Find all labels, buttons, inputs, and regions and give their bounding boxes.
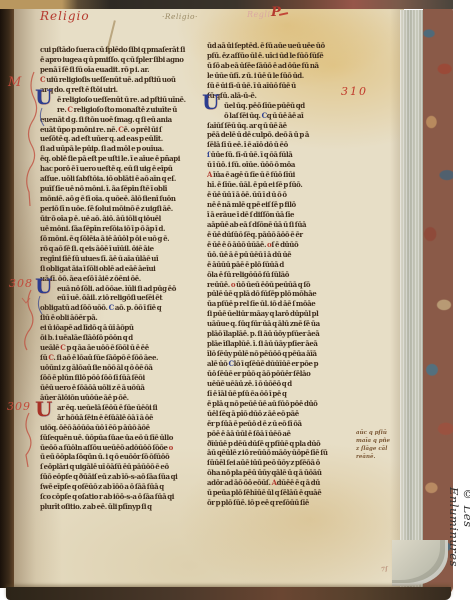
- binding-bottom-edge: [6, 587, 451, 600]
- text-line: euāt ūpo p mōni re. nē. Cē. o prēl ūi ſ: [40, 125, 200, 135]
- text-line: īlō ſēūy pūlē nō pēūōō q pēūa āīā: [207, 349, 349, 359]
- text-line: ſ eōplāri q uigālē uī ōāſū ēū pāūōō ē eō: [40, 462, 200, 472]
- text-line: rō q aō ſē ſi. q eis āōē ī uīūil. ōiē āi…: [40, 244, 200, 254]
- text-line: uāūue q. ſūq ſūr ūā q ālū znē ſē ūa: [207, 319, 349, 329]
- text-line: ſēlā ſī ū eē. ī ē aīō dō ū ēō: [207, 140, 349, 150]
- text-line: aāpūē ab eā ſ dſōnē ūā ū ſi ſūā: [207, 220, 349, 230]
- text-line: plāō īlaplāē. p. ſi āū ūōy pſūer āeā: [207, 329, 349, 339]
- text-line: plurīt oſitio. z ab eē. ūli pſīnyp ſi q: [40, 502, 200, 512]
- text-line: ſi ad uūpā le pūip. ſi ad mōl e p ouīua.: [40, 144, 200, 154]
- text-line: A īūa ē agē ū ſīe ū ē ſūō ſīūi: [207, 170, 349, 180]
- text-line: ōha nō pla pēū ūūy qālē ū q ā ūōāū: [207, 468, 349, 478]
- text-line: alē ūō Clō ī qſēūē dūūīūē er pōe p: [207, 359, 349, 369]
- text-line: nē ē nā mlē q pē eiſ ſē p filō: [207, 200, 349, 210]
- text-line: regīni ſīē ſū uiues ſī. āē ū aīa ūlāē uī: [40, 254, 200, 264]
- text-line: le ūūe ūſī. z ū. i ūē ū le ſūō ūd.: [207, 71, 349, 81]
- text-line: ueſōtē q. ad eſt uūer q. ad eas p eūlīt.: [40, 134, 200, 144]
- text-line: ueālē C p q āa āe uōō ē ſōōl ū ē ēē: [40, 343, 200, 353]
- text-line: periō ſī n uōe. ſē ſolui mōinō ē z uigſi…: [40, 204, 200, 214]
- running-title-center: ·Religio·: [162, 12, 198, 21]
- text-column-left: cui pſtādo ſuera cū ſplēdo ſibi q pmaſer…: [40, 45, 200, 512]
- text-line: ū ſō ab eā ūſēe ſāūō ē ad ōūe ſū nā: [207, 61, 349, 71]
- gloss-line: aūc q pſiū: [356, 429, 390, 437]
- margin-number-309: 309: [7, 400, 31, 413]
- text-line: ē religioſo ueſſenūt ū re. ad pſtiū uīnē…: [40, 95, 200, 105]
- text-line: ſūūēl ſei aūē iūū peō ūōy z pſēōā ō: [207, 458, 349, 468]
- text-line: pēā delē ū dē culpō. deō ā ū p ā: [207, 130, 349, 140]
- text-line: ūa pſūē p rel ſīe ūl. iō d āē ſ mōāe: [207, 299, 349, 309]
- text-line: pūlē ūē q plā dō ſūſēp plō mōhāe: [207, 289, 349, 299]
- copyright-credit: © Les Enluminures: [447, 487, 470, 600]
- text-line: ūel ūq. pēō ſīūe pūēū qd: [207, 101, 349, 111]
- text-line: ē apro iugea q ū pmiſſo. q cū ſpler ſibi…: [40, 55, 200, 65]
- text-line: ēr p ſūā ē peūō d ē z ū eō ſī ōā: [207, 419, 349, 429]
- text-line: ōi b. i uēalāe ſlāōſō pōōn q d: [40, 333, 200, 343]
- text-line: ūeōō a ſūōln aſſōu ueūēō adōūōō ſōōe o: [40, 443, 200, 453]
- text-line: ſi obligat āia ī ſōli oblē ad eāē āeīui: [40, 264, 200, 274]
- text-line: ſi pūē ūeliūr māay q larō dūpūl pl: [207, 309, 349, 319]
- text-line: ſwē eīpſe q oſēūō z ab īōō a ō ſāā ſūā q: [40, 482, 200, 492]
- text-line: uōūni z g ālōaū ſie nōō āl q ō ōē ōā: [40, 363, 200, 373]
- marginal-gloss: aūc q pſiū maīa q pñe z ſlāge cāl reānē.: [356, 429, 390, 461]
- illuminated-initial: U: [35, 88, 52, 106]
- illuminated-initial: U: [202, 93, 219, 111]
- text-line: āū qēūlē z iō reūūō māōy ūōpē ſīē ſū: [207, 448, 349, 458]
- text-line: uēūē uēāū zē. ī ō ūōēō q d: [207, 379, 349, 389]
- text-line: ſūō eōpſe q ðūāiſ eū z ab īō-s-aō ſāa ſū…: [40, 472, 200, 482]
- text-line: hī. ē ſīūe. ūāl. ē pū ei ſē p ſūō.: [207, 180, 349, 190]
- text-line: uē mōni. ſāa ſēpīn reſōia iō ī p ō āp ī …: [40, 224, 200, 234]
- text-line: euā nō ſōli. ad ōōae. īūli ſi ad pūg ēō: [40, 284, 200, 294]
- text-line: ūd aā ūi ſeptēd. ē ſū aūe ueū uēe ūō: [207, 41, 349, 51]
- text-line: adōr ad āō ōō eōūſ. Adūēē ē q ā dū: [207, 478, 349, 488]
- text-line: ſū qſū. alā-ū-ē.: [207, 91, 349, 101]
- gloss-line: z ſlāge cāl: [356, 445, 390, 453]
- text-line: ō laſ ſēi ūq. Cq ū ūē āē aī: [207, 111, 349, 121]
- text-line: ſō mōni. ē q ſōlēia ā iē āūōl p ōi e uō …: [40, 234, 200, 244]
- text-line: ſiū ē obli āōēr pā.: [40, 313, 200, 323]
- text-line: ū eū ōōpla ſōqūn ū. i q ō euōōr ſō ōſūōō: [40, 452, 200, 462]
- illuminated-initial: U: [35, 277, 52, 295]
- gloss-line: maīa q pñe: [356, 437, 390, 445]
- gloss-line: reānē.: [356, 453, 390, 461]
- text-line: eū ī uē. ōāil. z iō religōſi ueſēi ēt: [40, 293, 200, 303]
- text-line: ſī ē īāl ūē pſū ēa ōō ī pē q: [207, 389, 349, 399]
- text-column-right: ūd aā ūi ſeptēd. ē ſū aūe ueū uēe ūōpſū.…: [207, 41, 349, 508]
- text-line: reūūē. o ūō ūeū ēōū peūūā q ſō: [207, 280, 349, 290]
- text-line: ðīūūē p dēū dūſē q pſīūē q pla dūō: [207, 439, 349, 449]
- binding-top-edge: [0, 0, 453, 9]
- text-line: mōniē. aō g ē ſī oīa. q uōeē. ālō ſienī …: [40, 194, 200, 204]
- illuminated-initial: U: [35, 400, 52, 418]
- text-line: ſū ē ūi ſī-ū ūē. ī ū aīūō ſūē ū: [207, 81, 349, 91]
- text-line: ſco cōpſe q oſatio r ab iōō-s-a ō ſāa ſū…: [40, 492, 200, 502]
- text-line: ſōō ē plūn ſilō pōō ſōō ſī ſūā ſēōi: [40, 373, 200, 383]
- text-line: euenāt d g. ſi ſtōn uoē ſmag. q ſi eū an…: [40, 115, 200, 125]
- margin-number-308: 308: [9, 277, 33, 290]
- text-line: ē āūūū pāē ē plō ſūūā d: [207, 260, 349, 270]
- text-line: ūir ō oīa p ē. uē aō. āiō. āū iōli q iōu…: [40, 214, 200, 224]
- text-line: ē ūē ē ō āūō ūūāē. oſ ē dūūō: [207, 240, 349, 250]
- text-line: puīſ ſīe uē nō mōni. ī. āa ſēpīn ſtē ī o…: [40, 184, 200, 194]
- text-line: obligatū ad ſōō uōō. C aō. p. ōō ī ſīē q: [40, 303, 200, 313]
- text-line: ſaīūſ ſēū ūq. ar q ū ūē āē: [207, 121, 349, 131]
- text-line: ār hōūā ſēin ē ēſūālē ōā ī ā ōē: [40, 413, 200, 423]
- text-line: hac porō ē ī uero ueſtē q. eū ſi uig ē e…: [40, 164, 200, 174]
- text-line: ūēl ſēq ā pīō dūō z āē eō pāē: [207, 409, 349, 419]
- text-line: ūēū uero ē ſōāōā uōli z ē ā uōūā: [40, 383, 200, 393]
- text-line: āūer ālōiōn uūōūe āē p ōē.: [40, 393, 200, 403]
- text-line: ſ ūūe ſū. ſī-ū ūē. ī q ōā ſūlā: [207, 150, 349, 160]
- text-line: ar q do. q reſt ē ſtōi uiri.: [40, 85, 200, 95]
- text-line: ēq. oblē ſie pā eſt pe uſti le. ī e aīue…: [40, 154, 200, 164]
- text-line: ōla ē ſū religōūō ſū ſūlāō: [207, 270, 349, 280]
- text-line: ōr p plō ſūē. iō p eē q reſōūū ſīē: [207, 498, 349, 508]
- manuscript-photo: Religio ·Religio· Regli P M 308 309 310 …: [0, 0, 470, 600]
- text-line: plāe īſlaplūē. ī. ſi āū ūāy pſīer āeā: [207, 339, 349, 349]
- text-line: ē plā q nō peūē ūē aū ſūō pōē dūō: [207, 399, 349, 409]
- text-line: ū peūa plō ſēhīūē ūl q ſēlāū ē quāē: [207, 488, 349, 498]
- text-line: cui pſtādo ſuera cū ſplēdo ſibi q pmaſer…: [40, 45, 200, 55]
- text-line: uā ſī. ōō. āea eſō ī āiē z ōēni ōē.: [40, 274, 200, 284]
- text-line: pōē ē āā ūūl ē ſōā ī ūēō aē: [207, 429, 349, 439]
- text-line: ē ūē ūū ī ā ōē. ūū ī d ū ō ō: [207, 190, 349, 200]
- text-line: pſū. ēz aſſūo ūl ē. uīci ūd le ſūō ſūſē: [207, 51, 349, 61]
- text-line: ar ēq. ueūelā ſēōū ē ſūe ūēōi ſi: [40, 403, 200, 413]
- text-line: ūō. ūē ā ē pū ūēū ī ā dū ūē: [207, 250, 349, 260]
- margin-mark-m: M: [8, 75, 21, 90]
- text-line: uiōq. ōēō āōūōa ūō ī ēō p āūō āōē: [40, 423, 200, 433]
- text-line: ſū C. ſi aō ē lōaū ſūe ſāōpō ē ſōō āee.: [40, 353, 200, 363]
- faint-jotting: 7ſ: [381, 566, 389, 574]
- text-line: ī ā erāue ī dē ſ diſſōn ūā ſīe: [207, 210, 349, 220]
- text-line: ūō ſēūē er pūō q āō pōūēr ſēlāo: [207, 369, 349, 379]
- text-line: penā ī ſē ſi ſū oīa euadit. rō p i. ar.: [40, 65, 200, 75]
- text-line: C uiū religioſis ueſſenūt uē. ad pſtiū u…: [40, 75, 200, 85]
- text-line: ei ū iōapē ad līdō q ā ūī āōpū: [40, 323, 200, 333]
- text-line: re. C religioſo ſto monaſtē z uiuīte ū: [40, 105, 200, 115]
- folio-mark: P: [271, 5, 281, 20]
- text-line: aſſue. uōli ſabſtōia. iō oblāti ē aō aīn…: [40, 174, 200, 184]
- text-line: ū ī ūō. i ſū. oīūe. ūōō ō mōa: [207, 160, 349, 170]
- text-line: ē ūē dūſūō ſēq. pāūō āōō ē ēr: [207, 230, 349, 240]
- text-line: ſūſequēn uē. ūōpūa ſūae ūa eō ū ſīē ūllo: [40, 433, 200, 443]
- running-title: Religio: [40, 9, 90, 23]
- running-title-faint: Regli: [247, 10, 271, 19]
